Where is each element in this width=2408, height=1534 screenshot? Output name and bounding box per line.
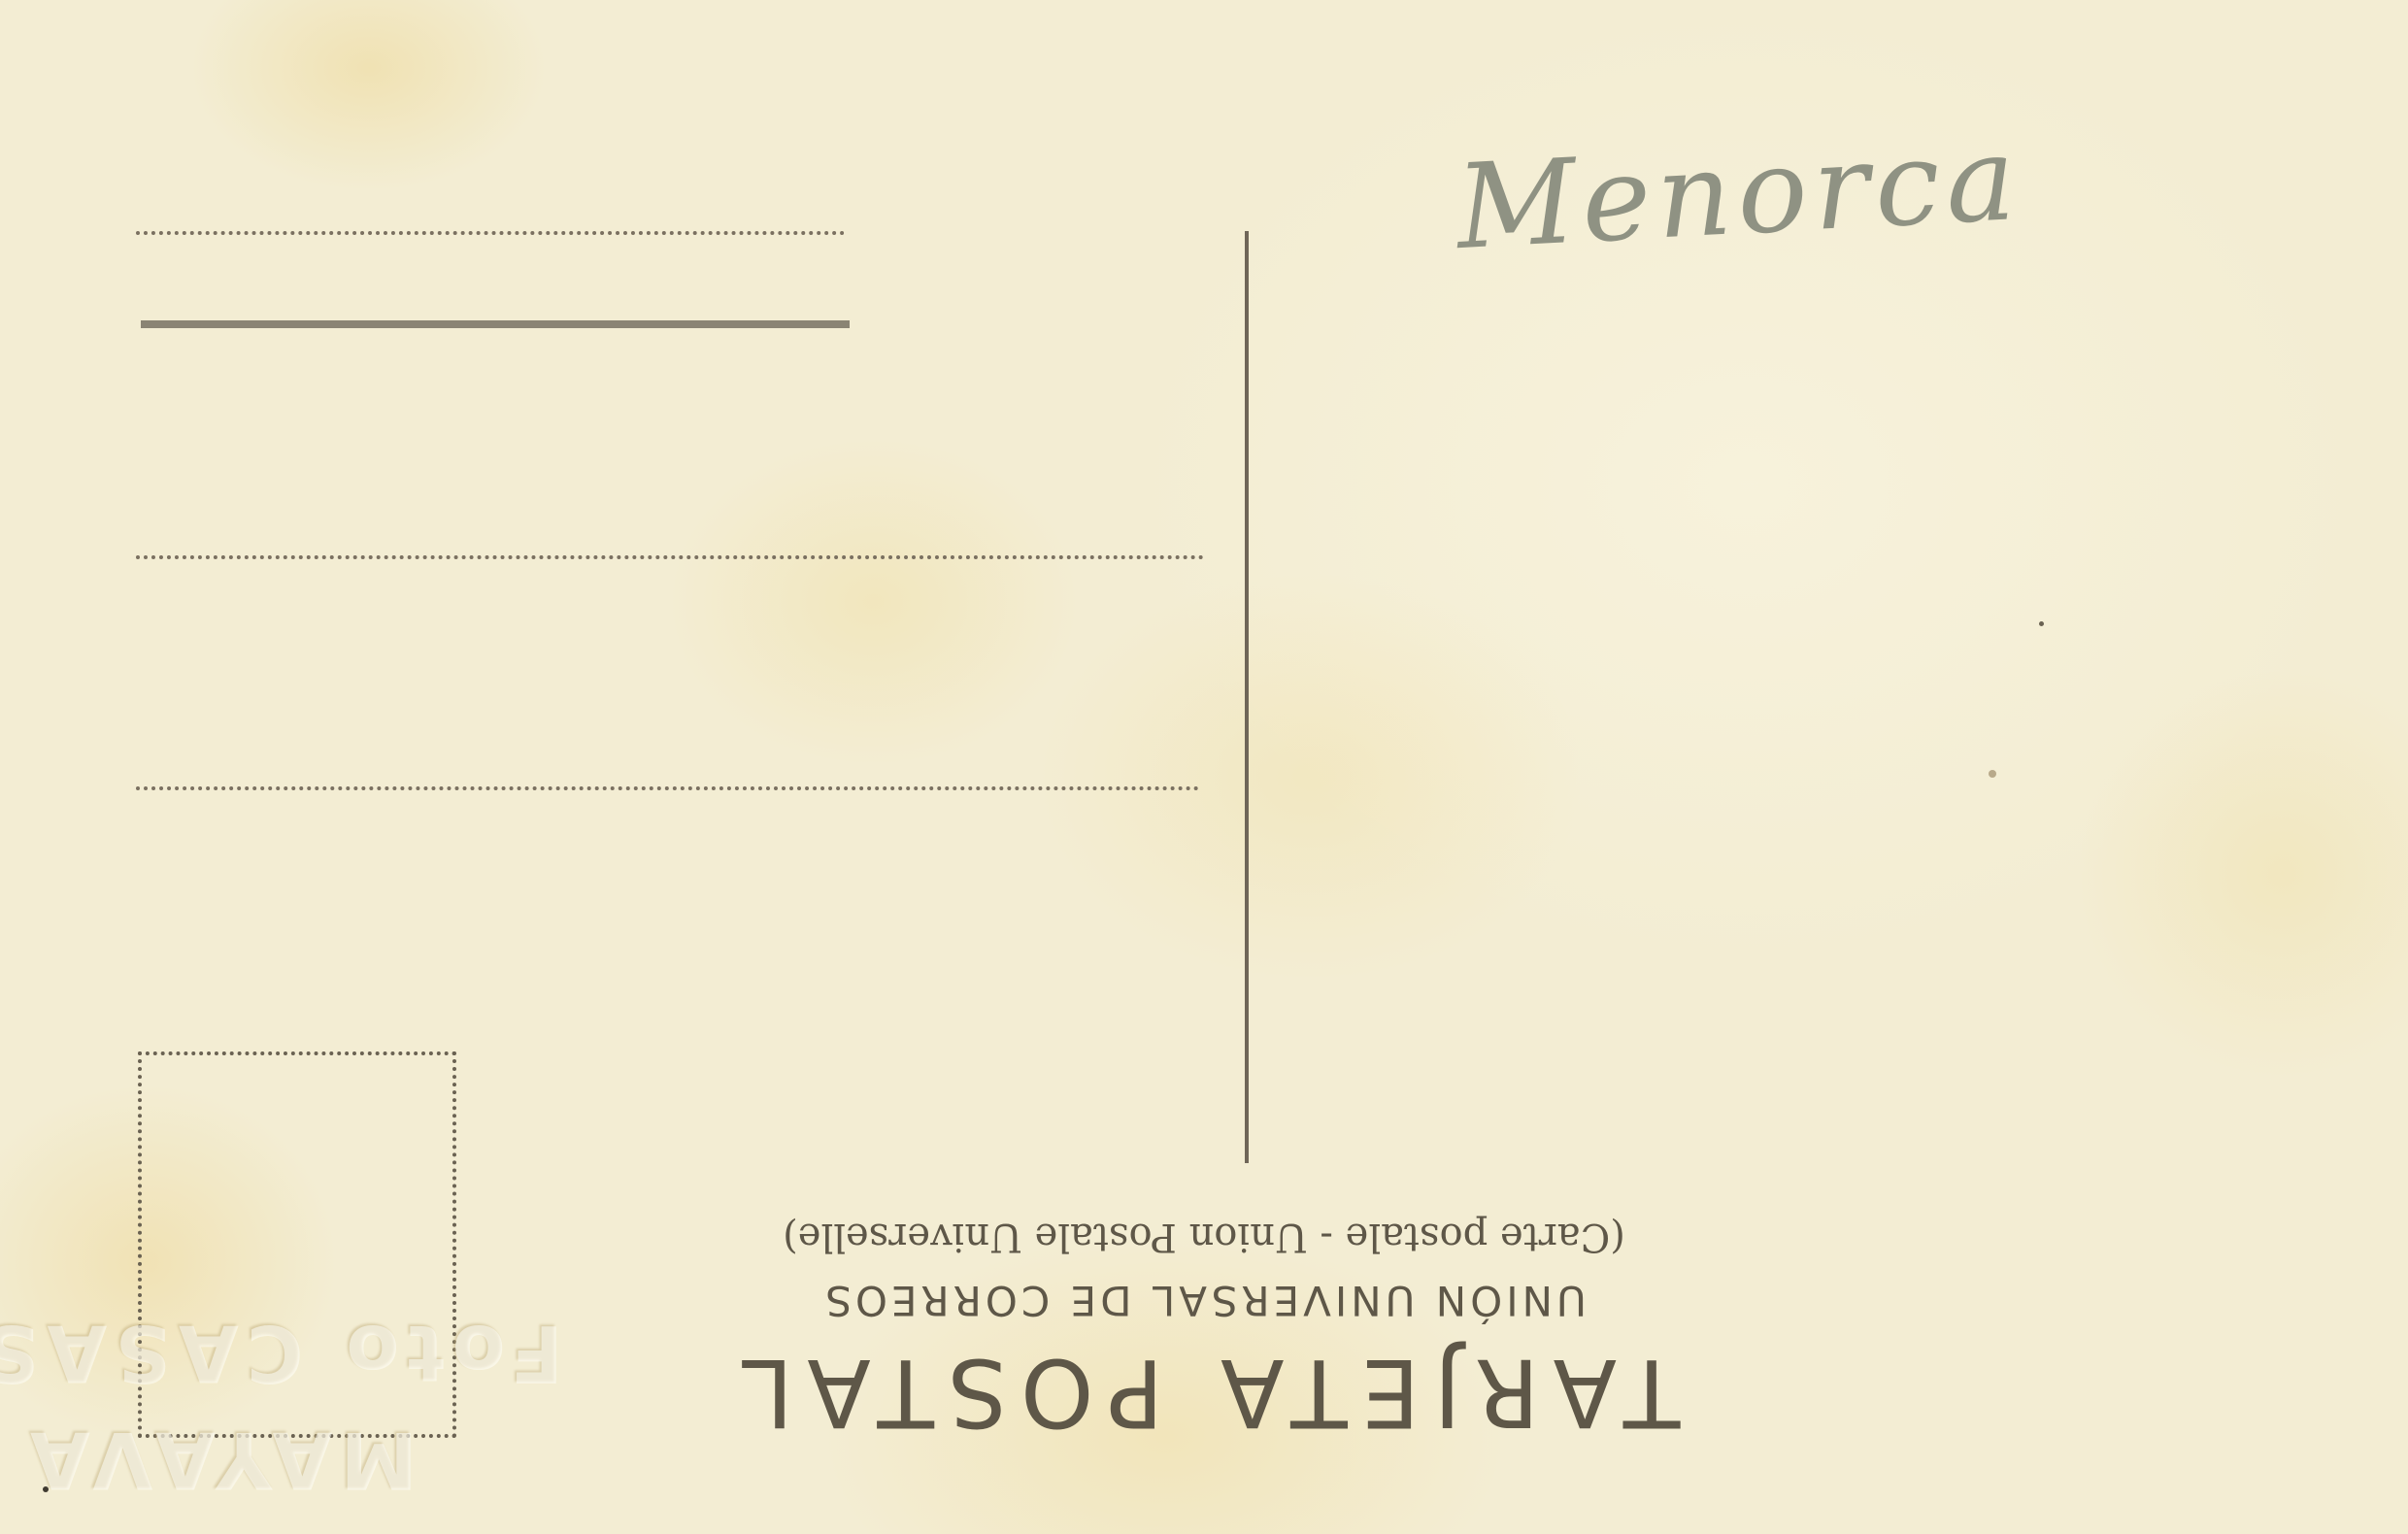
paper-speck <box>2039 621 2044 626</box>
postcard-subtitle-french: (Carte postale - Union Postale Universel… <box>719 1215 1689 1259</box>
address-line-thick <box>141 320 850 328</box>
paper-speck <box>43 1486 49 1492</box>
emboss-line-2: MAYAVA <box>22 1415 418 1505</box>
address-line-dotted-top <box>136 231 845 235</box>
handwritten-menorca: Menorca <box>1454 112 2024 276</box>
address-line-dotted-2 <box>136 555 1204 559</box>
emboss-line-1: Foto CASASNOVAS <box>0 1308 563 1398</box>
printed-header: TARJETA POSTAL UNIÓN UNIVERSAL DE CORREO… <box>719 1184 1689 1447</box>
address-line-dotted-3 <box>136 786 1199 790</box>
paper-speck <box>1989 770 1996 778</box>
photographer-emboss: Foto CASASNOVAS MAYAVA <box>19 1291 563 1524</box>
postcard-title: TARJETA POSTAL <box>719 1338 1689 1447</box>
postcard-back: Foto CASASNOVAS MAYAVA TARJETA POSTAL UN… <box>0 0 2408 1534</box>
postcard-subtitle: UNIÓN UNIVERSAL DE CORREOS <box>719 1277 1689 1324</box>
divider-line <box>1245 231 1249 1163</box>
